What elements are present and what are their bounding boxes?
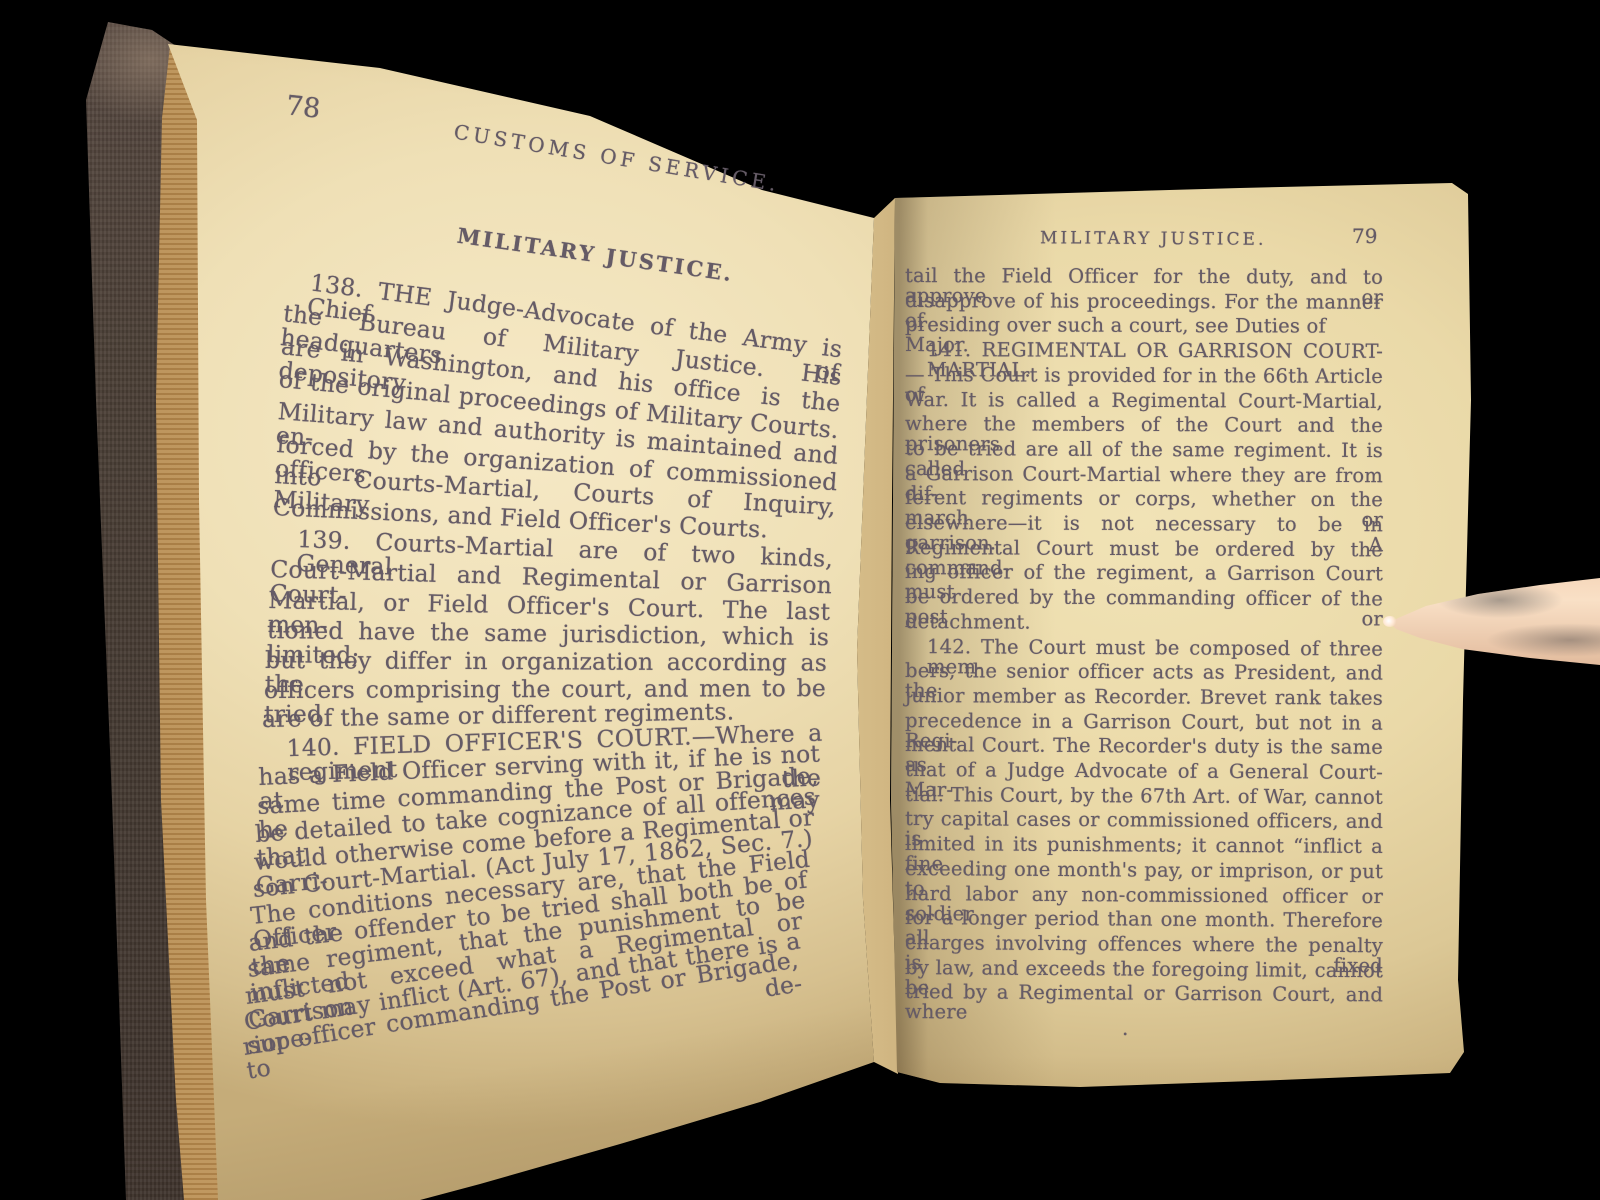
text-line: War. It is called a Regimental Court-Mar… (905, 390, 1383, 411)
text-line: detachment. (905, 612, 1383, 634)
text-line: tried by a Regimental or Garrison Court,… (905, 982, 1383, 1024)
text-line: junior member as Recorder. Brevet rank t… (905, 686, 1383, 708)
text-line: tial. This Court, by the 67th Art. of Wa… (905, 785, 1383, 807)
stray-ink-dot: . (1122, 1016, 1128, 1040)
right-page-text: tail the Field Officer for the duty, and… (0, 0, 1600, 1200)
pen-tip-glint-icon (1383, 616, 1397, 627)
book-photo: 78 CUSTOMS OF SERVICE. MILITARY JUSTICE.… (0, 0, 1600, 1200)
